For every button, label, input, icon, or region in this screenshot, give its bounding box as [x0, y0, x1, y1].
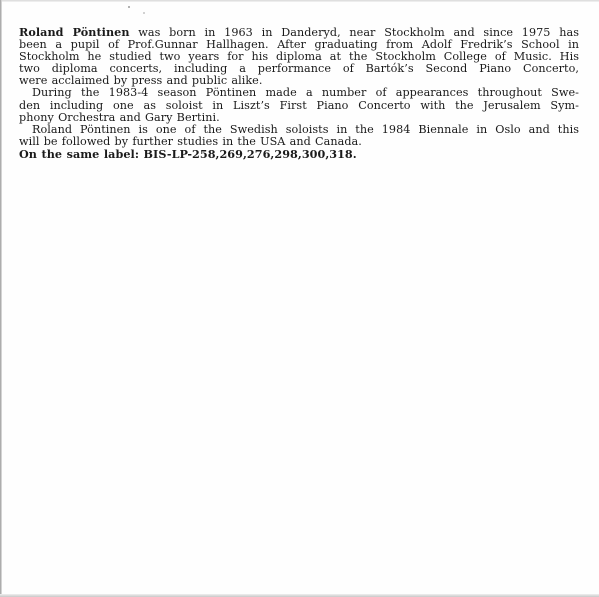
page-edge-left — [0, 0, 2, 597]
biography-text: Roland Pöntinen was born in 1963 in Dand… — [19, 26, 579, 160]
booklet-page: Roland Pöntinen was born in 1963 in Dand… — [0, 0, 599, 597]
scan-speck — [143, 12, 145, 14]
text-line-content: was born in 1963 in Danderyd, near Stock… — [130, 26, 579, 39]
artist-name: Roland Pöntinen — [19, 25, 130, 39]
paragraph-biennale: Roland Pöntinen is one of the Swedish so… — [19, 124, 579, 148]
paragraph-appearances: During the 1983-4 season Pöntinen made a… — [19, 87, 579, 123]
text-line: phony Orchestra and Gary Bertini. — [19, 112, 579, 124]
text-line: During the 1983-4 season Pöntinen made a… — [19, 87, 579, 99]
catalogue-numbers: On the same label: BIS-LP-258,269,276,29… — [19, 148, 579, 160]
paragraph-biography: Roland Pöntinen was born in 1963 in Dand… — [19, 26, 579, 87]
text-line: den including one as soloist in Liszt’s … — [19, 100, 579, 112]
page-edge-top — [0, 0, 599, 2]
paragraph-same-label: On the same label: BIS-LP-258,269,276,29… — [19, 148, 579, 160]
scan-speck — [128, 6, 130, 8]
